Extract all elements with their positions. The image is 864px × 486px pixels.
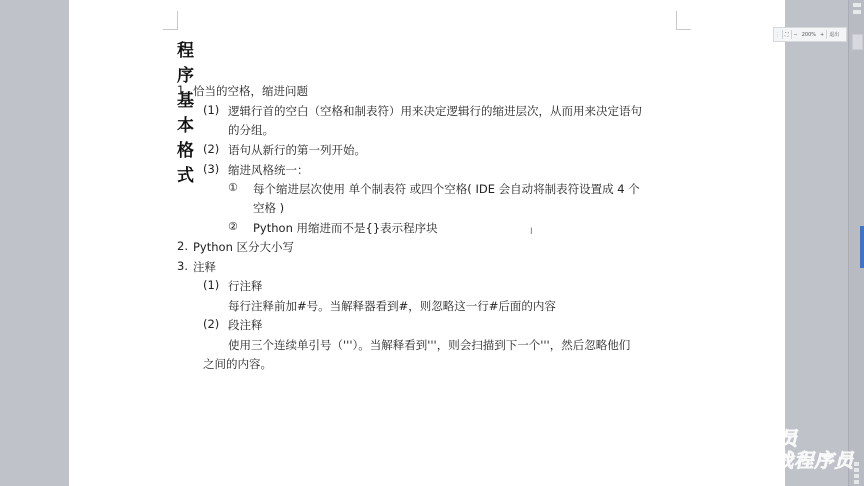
section-number: 3.: [177, 259, 188, 273]
item-text: 缩进风格统一：: [228, 162, 309, 178]
circled-marker-2: ②: [228, 220, 238, 233]
circled-marker-1: ①: [228, 181, 238, 194]
right-gutter: [785, 0, 848, 486]
divider: [826, 30, 827, 39]
scroll-next-page-icon[interactable]: [854, 474, 859, 478]
exit-button[interactable]: 退出: [828, 31, 840, 38]
scroll-select-browse-icon[interactable]: [854, 468, 859, 472]
page-corner-mark-top-left: [163, 11, 178, 30]
item-text: 每行注释前加#号。当解释器看到#，则忽略这一行#后面的内容: [228, 298, 556, 314]
fit-page-button[interactable]: ⛶: [784, 32, 790, 38]
side-panel-tab[interactable]: [860, 226, 864, 268]
item-number: (2): [203, 317, 219, 331]
left-gutter: [0, 0, 70, 486]
item-text: 之间的内容。: [203, 356, 272, 372]
scroll-down-arrow-icon[interactable]: [854, 480, 859, 484]
item-text: 行注释: [228, 278, 263, 294]
item-text: 段注释: [228, 317, 263, 333]
item-text: 语句从新行的第一列开始。: [228, 142, 366, 158]
divider: [782, 30, 783, 39]
divider: [791, 30, 792, 39]
item-text: 使用三个连续单引号（'''）。当解释看到'''，则会扫描到下一个'''，然后忽略…: [228, 337, 630, 353]
zoom-level[interactable]: 200%: [799, 32, 819, 38]
page-corner-mark-top-right: [676, 11, 691, 30]
item-number: (1): [203, 103, 219, 117]
item-number: (3): [203, 162, 219, 176]
item-number: (2): [203, 142, 219, 156]
section-heading: Python 区分大小写: [193, 239, 294, 255]
text-cursor-ibeam-icon: I: [530, 227, 533, 237]
zoom-toolbar: ⋮ ⛶ − 200% + 退出: [773, 27, 847, 42]
item-text: 逻辑行首的空白（空格和制表符）用来决定逻辑行的缩进层次，从而用来决定语句: [228, 103, 642, 119]
section-number: 1.: [177, 83, 188, 97]
section-heading: 注释: [193, 259, 216, 275]
item-text: 的分组。: [228, 122, 274, 138]
watermark-logo: 尚学堂·百战程序员: [686, 446, 854, 473]
scroll-prev-page-icon[interactable]: [854, 462, 859, 466]
drag-handle-icon[interactable]: ⋮: [774, 32, 781, 38]
subitem-text: 空格 ): [253, 200, 284, 216]
scrollbar-thumb[interactable]: [852, 34, 863, 50]
subitem-text: Python 用缩进而不是{}表示程序块: [253, 220, 438, 236]
scroll-up-arrow-icon[interactable]: [853, 3, 861, 7]
section-number: 2.: [177, 239, 188, 253]
item-number: (1): [203, 278, 219, 292]
page-title: 程序基本格式: [177, 36, 195, 186]
section-heading: 恰当的空格，缩进问题: [193, 83, 308, 99]
subitem-text: 每个缩进层次使用 单个制表符 或四个空格( IDE 会自动将制表符设置成 4 个: [253, 181, 640, 197]
zoom-in-button[interactable]: +: [819, 32, 825, 38]
scroll-page-up-icon[interactable]: [853, 10, 861, 14]
